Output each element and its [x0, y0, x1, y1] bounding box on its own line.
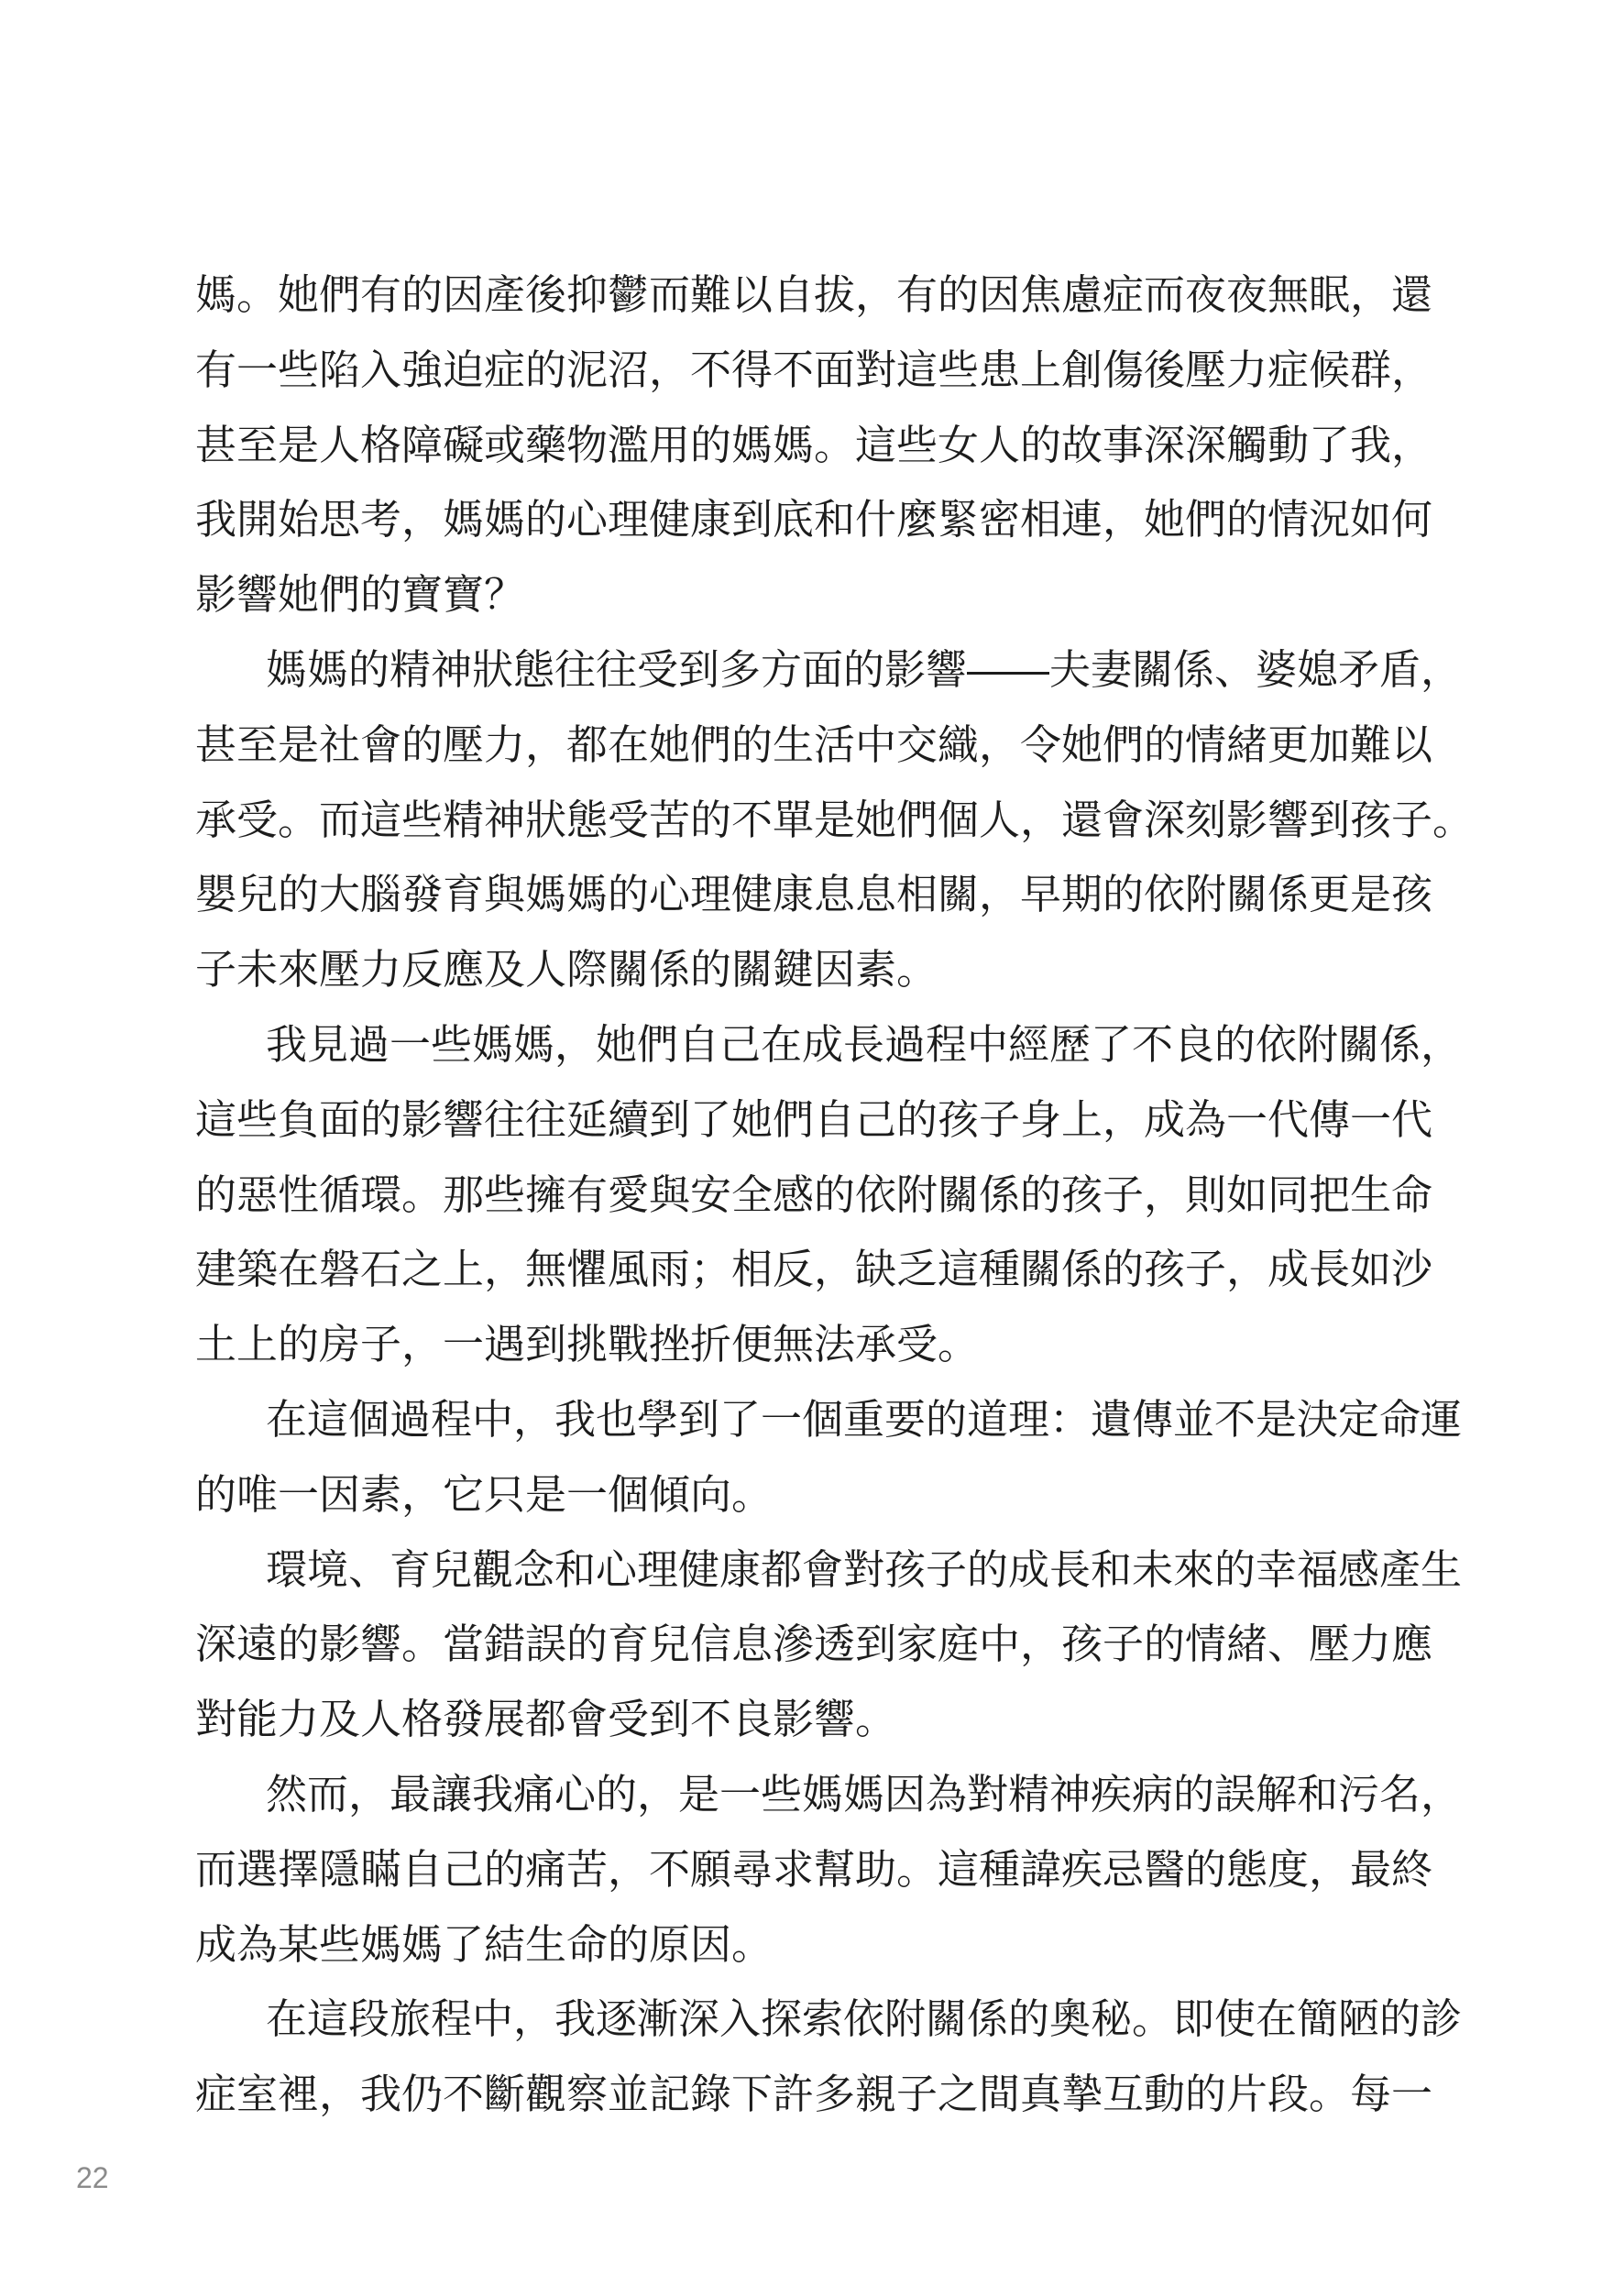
- text-line: 成為某些媽媽了結生命的原因。: [195, 1907, 1434, 1983]
- text-line: 症室裡，我仍不斷觀察並記錄下許多親子之間真摯互動的片段。每一: [195, 2057, 1434, 2132]
- text-line: 我見過一些媽媽，她們自己在成長過程中經歷了不良的依附關係，: [195, 1007, 1434, 1082]
- text-line: 對能力及人格發展都會受到不良影響。: [195, 1682, 1434, 1757]
- text-line: 在這段旅程中，我逐漸深入探索依附關係的奧秘。即使在簡陋的診: [195, 1982, 1434, 2057]
- text-line: 的唯一因素，它只是一個傾向。: [195, 1457, 1434, 1532]
- text-line: 有一些陷入強迫症的泥沼，不得不面對這些患上創傷後壓力症候群，: [195, 333, 1434, 408]
- text-line: 甚至是社會的壓力，都在她們的生活中交織，令她們的情緒更加難以: [195, 708, 1434, 783]
- text-line: 然而，最讓我痛心的，是一些媽媽因為對精神疾病的誤解和污名，: [195, 1757, 1434, 1832]
- text-line: 承受。而這些精神狀態受苦的不單是她們個人，還會深刻影響到孩子。: [195, 783, 1434, 858]
- text-line: 的惡性循環。那些擁有愛與安全感的依附關係的孩子，則如同把生命: [195, 1158, 1434, 1233]
- text-line: 這些負面的影響往往延續到了她們自己的孩子身上，成為一代傳一代: [195, 1082, 1434, 1158]
- text-line: 土上的房子，一遇到挑戰挫折便無法承受。: [195, 1307, 1434, 1382]
- text-line: 媽媽的精神狀態往往受到多方面的影響——夫妻關係、婆媳矛盾，: [195, 632, 1434, 708]
- text-line: 建築在磐石之上，無懼風雨；相反，缺乏這種關係的孩子，成長如沙: [195, 1232, 1434, 1307]
- text-line: 環境、育兒觀念和心理健康都會對孩子的成長和未來的幸福感產生: [195, 1532, 1434, 1608]
- book-page: 媽。她們有的因產後抑鬱而難以自拔，有的因焦慮症而夜夜無眠，還有一些陷入強迫症的泥…: [0, 0, 1624, 2274]
- text-block: 媽。她們有的因產後抑鬱而難以自拔，有的因焦慮症而夜夜無眠，還有一些陷入強迫症的泥…: [195, 258, 1434, 2132]
- text-line: 我開始思考，媽媽的心理健康到底和什麼緊密相連，她們的情況如何: [195, 482, 1434, 557]
- text-line: 深遠的影響。當錯誤的育兒信息滲透到家庭中，孩子的情緒、壓力應: [195, 1607, 1434, 1682]
- page-number: 22: [76, 2159, 109, 2196]
- text-line: 而選擇隱瞞自己的痛苦，不願尋求幫助。這種諱疾忌醫的態度，最終: [195, 1832, 1434, 1907]
- text-line: 媽。她們有的因產後抑鬱而難以自拔，有的因焦慮症而夜夜無眠，還: [195, 258, 1434, 333]
- text-line: 在這個過程中，我也學到了一個重要的道理：遺傳並不是決定命運: [195, 1382, 1434, 1457]
- text-line: 影響她們的寶寶？: [195, 557, 1434, 632]
- text-line: 嬰兒的大腦發育與媽媽的心理健康息息相關，早期的依附關係更是孩: [195, 857, 1434, 932]
- text-line: 子未來壓力反應及人際關係的關鍵因素。: [195, 932, 1434, 1007]
- text-line: 甚至是人格障礙或藥物濫用的媽媽。這些女人的故事深深觸動了我，: [195, 408, 1434, 483]
